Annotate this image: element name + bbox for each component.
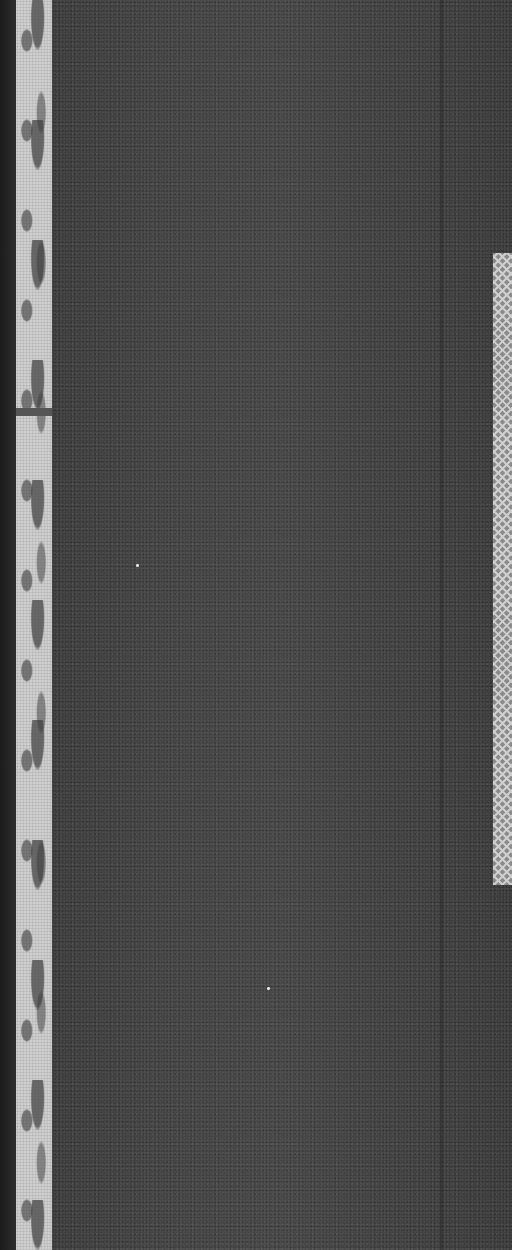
road-surface-photo: Top-down view of an asphalt road surface…	[0, 0, 512, 1250]
debris-speck	[136, 564, 139, 567]
mesh-grate	[493, 253, 512, 885]
road-edge-shadow	[0, 0, 16, 1250]
lane-line-joint	[16, 408, 52, 416]
asphalt-seam	[440, 0, 443, 1250]
worn-white-lane-line	[16, 0, 52, 1250]
debris-speck	[267, 987, 270, 990]
